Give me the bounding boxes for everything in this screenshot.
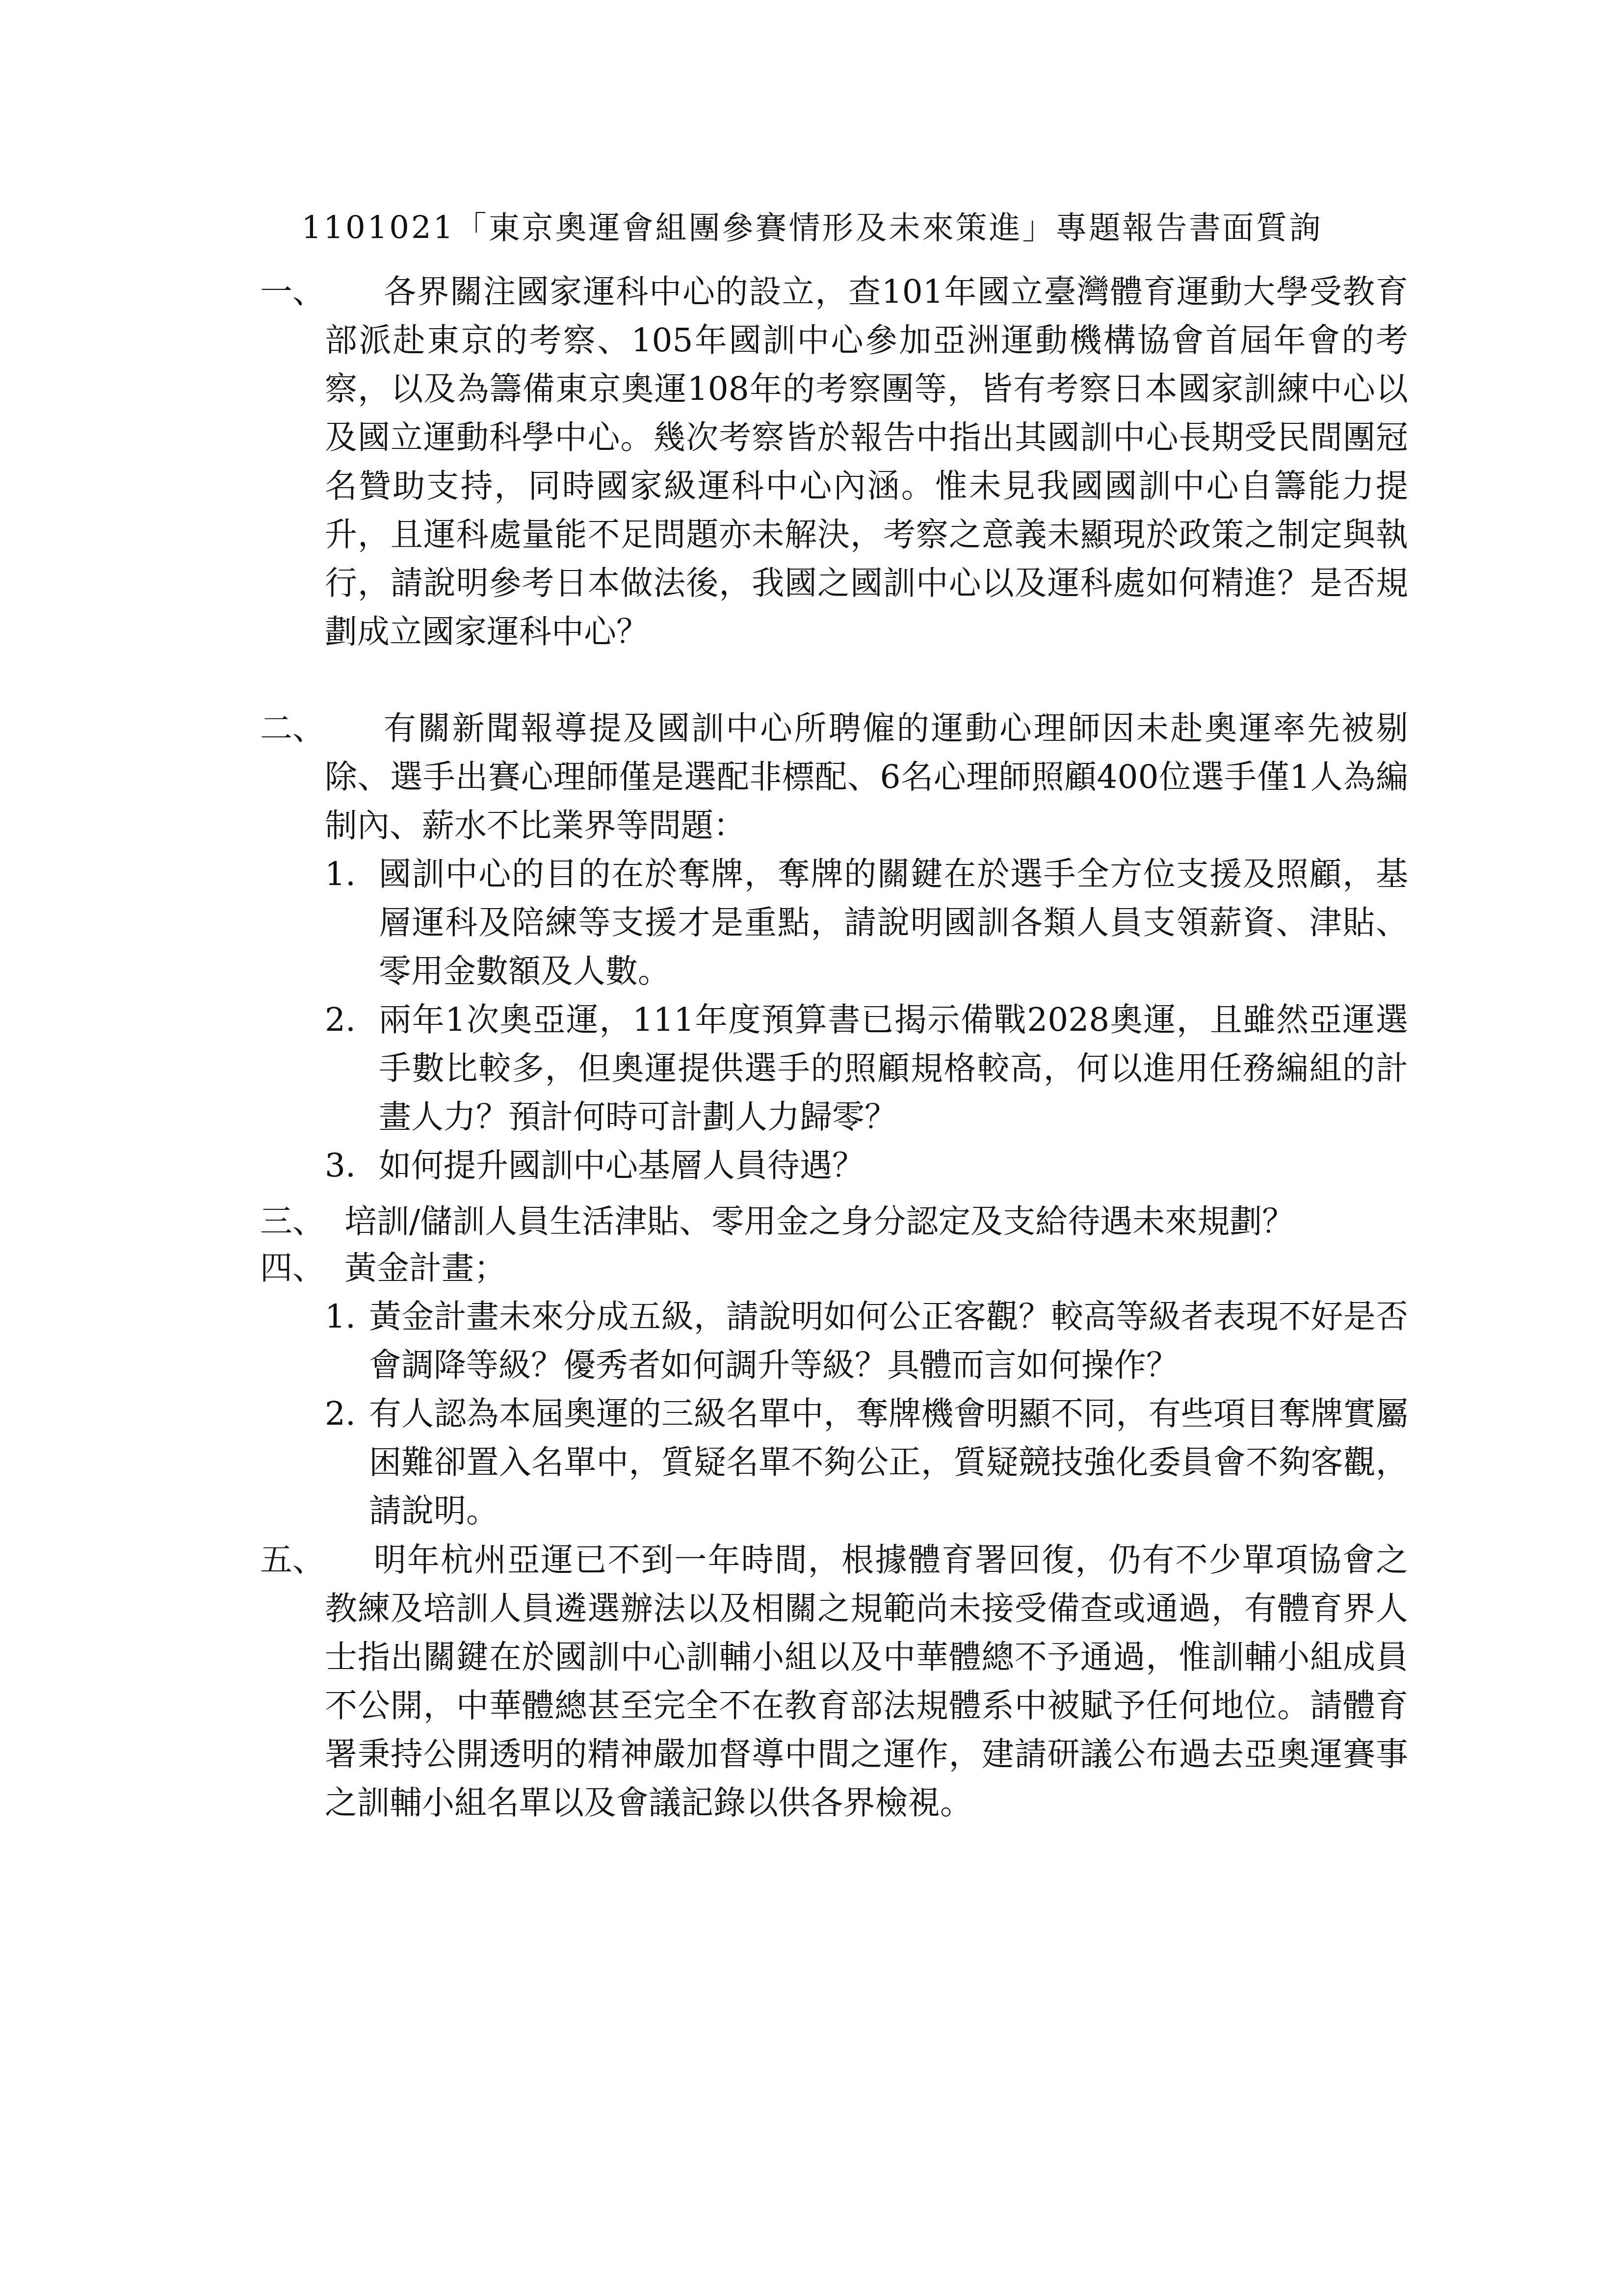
section-marker: 二、 [260, 704, 324, 753]
document-page: 1101021「東京奧運會組團參賽情形及未來策進」專題報告書面質詢 一、 各界關… [0, 0, 1624, 2296]
section-marker: 四、 [260, 1244, 324, 1292]
section-text: 各界關注國家運科中心的設立，查101年國立臺灣體育運動大學受教育部派赴東京的考察… [325, 267, 1408, 656]
item-text: 黃金計畫未來分成五級，請說明如何公正客觀？較高等級者表現不好是否會調降等級？優秀… [369, 1292, 1408, 1389]
section-2: 二、 有關新聞報導提及國訓中心所聘僱的運動心理師因未赴奧運率先被剔除、選手出賽心… [260, 704, 1408, 1190]
section-marker: 五、 [260, 1536, 324, 1584]
section-4: 四、 黃金計畫； 1. 黃金計畫未來分成五級，請說明如何公正客觀？較高等級者表現… [260, 1244, 1408, 1535]
item-text: 國訓中心的目的在於奪牌，奪牌的關鍵在於選手全方位支援及照顧，基層運科及陪練等支援… [379, 850, 1408, 995]
section-text: 有關新聞報導提及國訓中心所聘僱的運動心理師因未赴奧運率先被剔除、選手出賽心理師僅… [325, 704, 1408, 850]
item-number: 2. [325, 995, 379, 1044]
section-text: 培訓/儲訓人員生活津貼、零用金之身分認定及支給待遇未來規劃？ [325, 1197, 1408, 1246]
section-5: 五、 明年杭州亞運已不到一年時間，根據體育署回復，仍有不少單項協會之教練及培訓人… [260, 1536, 1408, 1827]
section-text: 黃金計畫； [325, 1244, 1408, 1292]
item-text: 如何提升國訓中心基層人員待遇？ [379, 1141, 1408, 1190]
document-title: 1101021「東京奧運會組團參賽情形及未來策進」專題報告書面質詢 [0, 209, 1624, 248]
list-item: 2. 有人認為本屆奧運的三級名單中，奪牌機會明顯不同，有些項目奪牌實屬困難卻置入… [325, 1389, 1408, 1535]
item-text: 兩年1次奧亞運，111年度預算書已揭示備戰2028奧運，且雖然亞運選手數比較多，… [379, 995, 1408, 1141]
item-number: 1. [325, 850, 379, 898]
list-item: 2. 兩年1次奧亞運，111年度預算書已揭示備戰2028奧運，且雖然亞運選手數比… [325, 995, 1408, 1141]
item-number: 2. [325, 1389, 369, 1438]
section-marker: 三、 [260, 1197, 324, 1246]
list-item: 3. 如何提升國訓中心基層人員待遇？ [325, 1141, 1408, 1190]
section-1: 一、 各界關注國家運科中心的設立，查101年國立臺灣體育運動大學受教育部派赴東京… [260, 267, 1408, 656]
section-marker: 一、 [260, 267, 324, 316]
list-item: 1. 國訓中心的目的在於奪牌，奪牌的關鍵在於選手全方位支援及照顧，基層運科及陪練… [325, 850, 1408, 995]
section-text: 明年杭州亞運已不到一年時間，根據體育署回復，仍有不少單項協會之教練及培訓人員遴選… [325, 1536, 1408, 1827]
item-text: 有人認為本屆奧運的三級名單中，奪牌機會明顯不同，有些項目奪牌實屬困難卻置入名單中… [369, 1389, 1408, 1535]
section-3: 三、 培訓/儲訓人員生活津貼、零用金之身分認定及支給待遇未來規劃？ [260, 1197, 1408, 1246]
item-number: 3. [325, 1141, 379, 1190]
item-number: 1. [325, 1292, 369, 1341]
list-item: 1. 黃金計畫未來分成五級，請說明如何公正客觀？較高等級者表現不好是否會調降等級… [325, 1292, 1408, 1389]
